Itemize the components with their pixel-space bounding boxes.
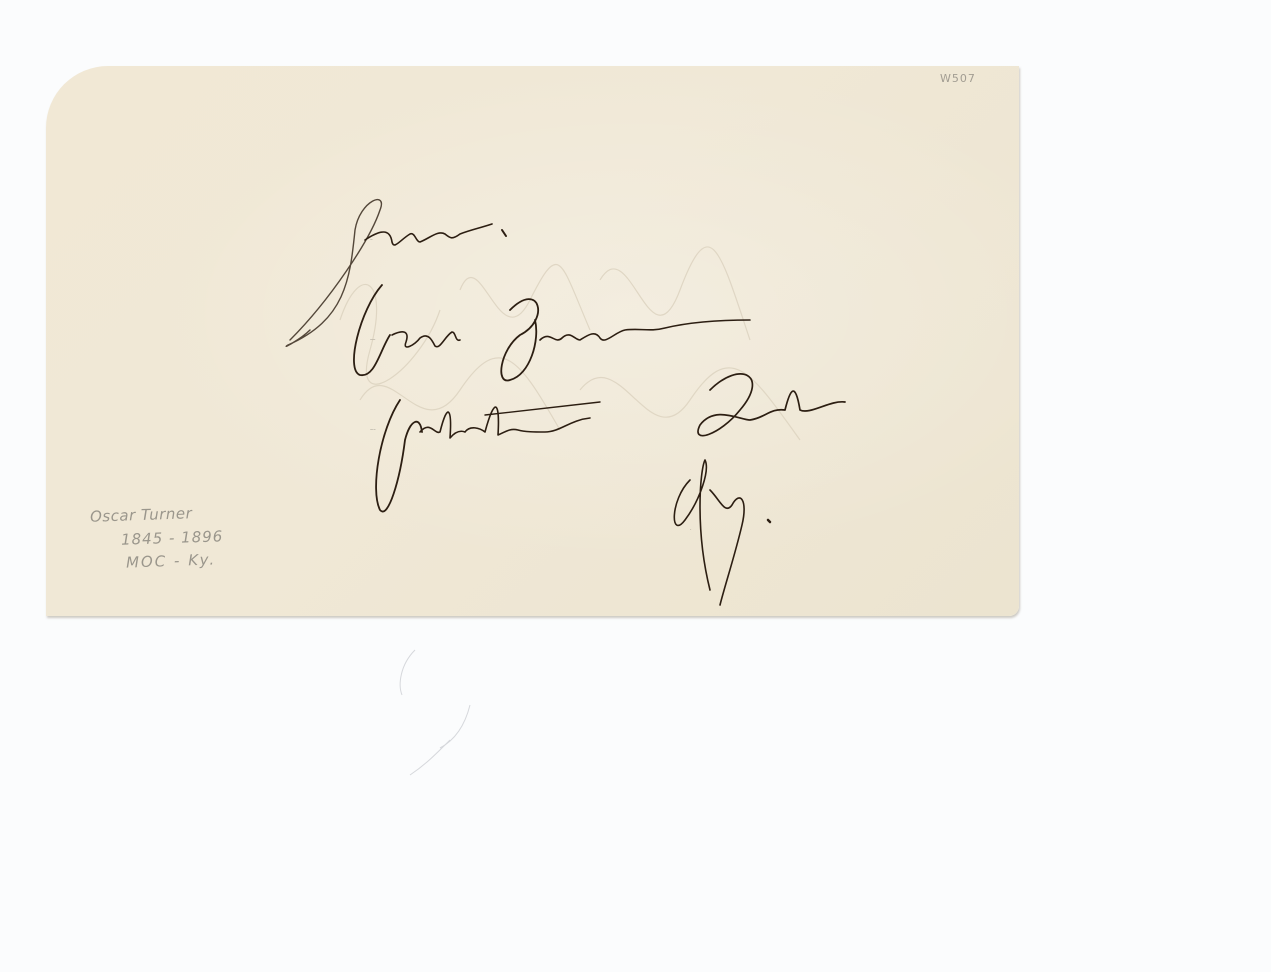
svg-text:Yours: Yours (370, 239, 373, 241)
pencil-note-office: MOC - Ky. (126, 549, 217, 572)
svg-text:Oscar Turner: Oscar Turner (370, 339, 376, 341)
pencil-note-dates: 1845 - 1896 (121, 526, 224, 550)
catalog-number: W507 (940, 72, 976, 85)
faint-stray-mark (380, 640, 500, 780)
svg-text:Gibralter Dist: Gibralter Dist (370, 429, 376, 431)
pencil-note-name: Oscar Turner (90, 503, 193, 527)
svg-text:Ky: Ky (690, 529, 692, 531)
ink-signature: Yours Oscar Turner Gibralter Dist Ky (270, 170, 990, 610)
